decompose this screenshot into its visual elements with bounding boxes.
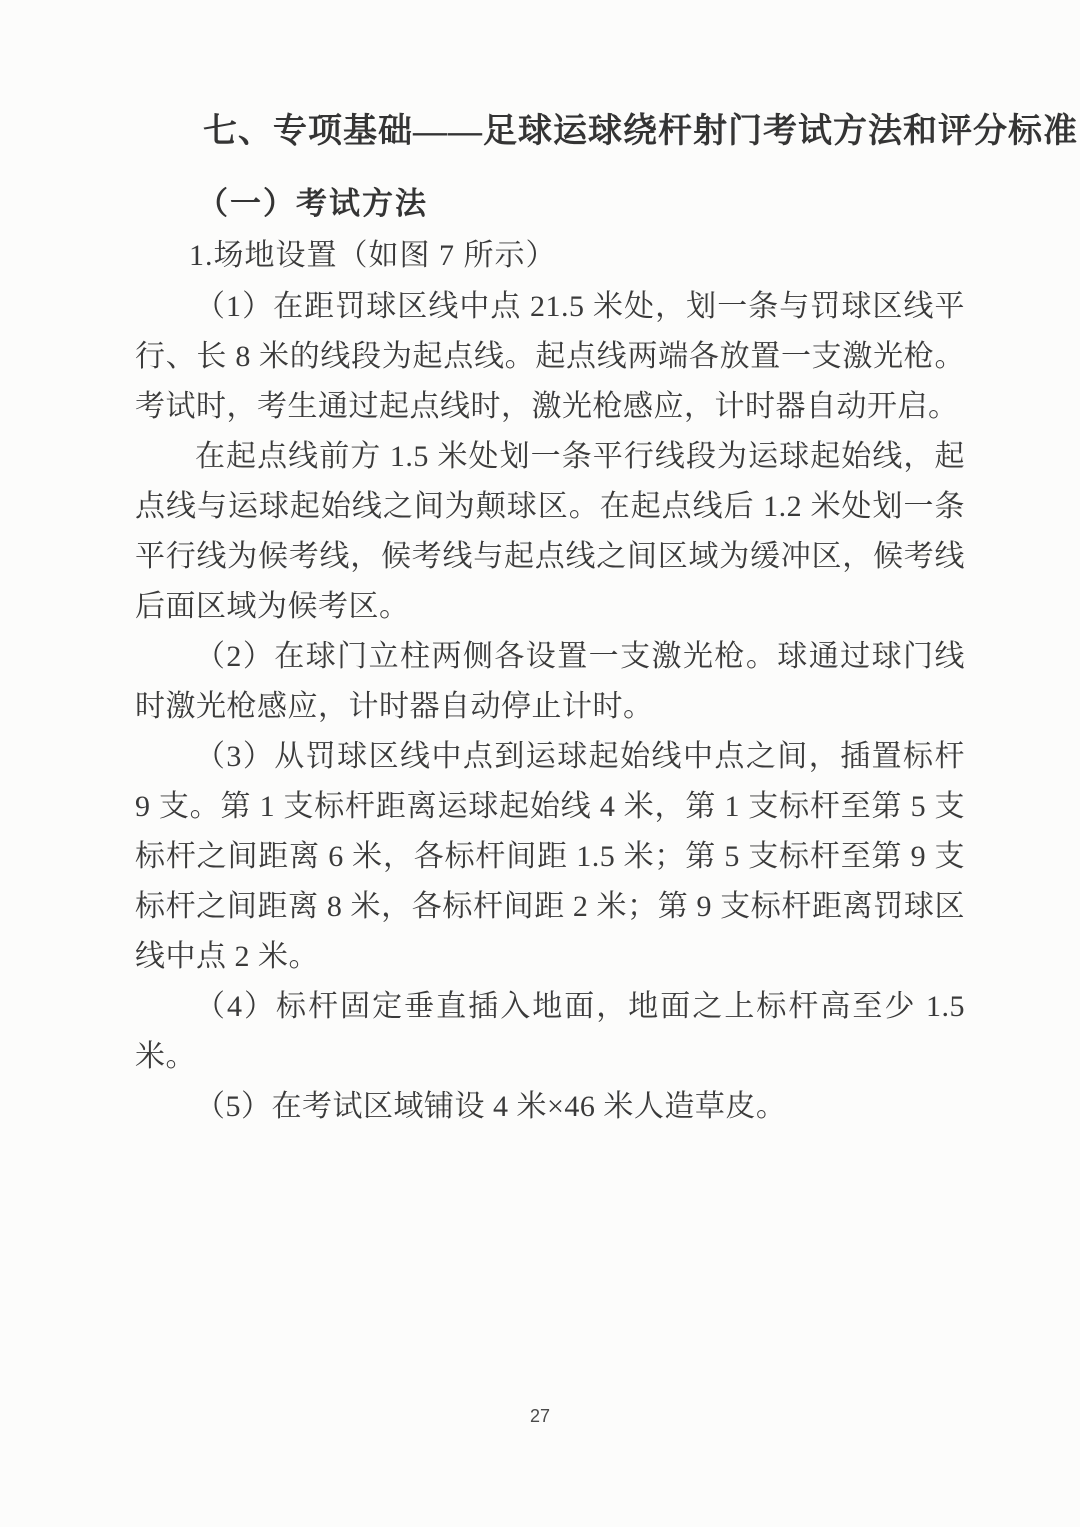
body-text: （1）在距罚球区线中点 21.5 米处，划一条与罚球区线平行、长 8 米的线段为… (135, 282, 965, 1132)
section-heading-exam-method: （一）考试方法 (135, 178, 965, 230)
sub-heading-field-setup: 1.场地设置（如图 7 所示） (135, 230, 965, 282)
page-number: 27 (0, 1406, 1080, 1427)
paragraph-item-3: （3）从罚球区线中点到运球起始线中点之间，插置标杆 9 支。第 1 支标杆距离运… (135, 732, 965, 982)
paragraph-item-5: （5）在考试区域铺设 4 米×46 米人造草皮。 (135, 1082, 965, 1132)
paragraph-item-1: （1）在距罚球区线中点 21.5 米处，划一条与罚球区线平行、长 8 米的线段为… (135, 282, 965, 432)
document-title: 七、专项基础——足球运球绕杆射门考试方法和评分标准 (135, 106, 965, 158)
paragraph-item-4: （4）标杆固定垂直插入地面，地面之上标杆高至少 1.5 米。 (135, 982, 965, 1082)
paragraph-item-2: （2）在球门立柱两侧各设置一支激光枪。球通过球门线时激光枪感应，计时器自动停止计… (135, 632, 965, 732)
document-page: 七、专项基础——足球运球绕杆射门考试方法和评分标准 （一）考试方法 1.场地设置… (0, 0, 1080, 1527)
paragraph-item-1-continued: 在起点线前方 1.5 米处划一条平行线段为运球起始线，起点线与运球起始线之间为颠… (135, 432, 965, 632)
